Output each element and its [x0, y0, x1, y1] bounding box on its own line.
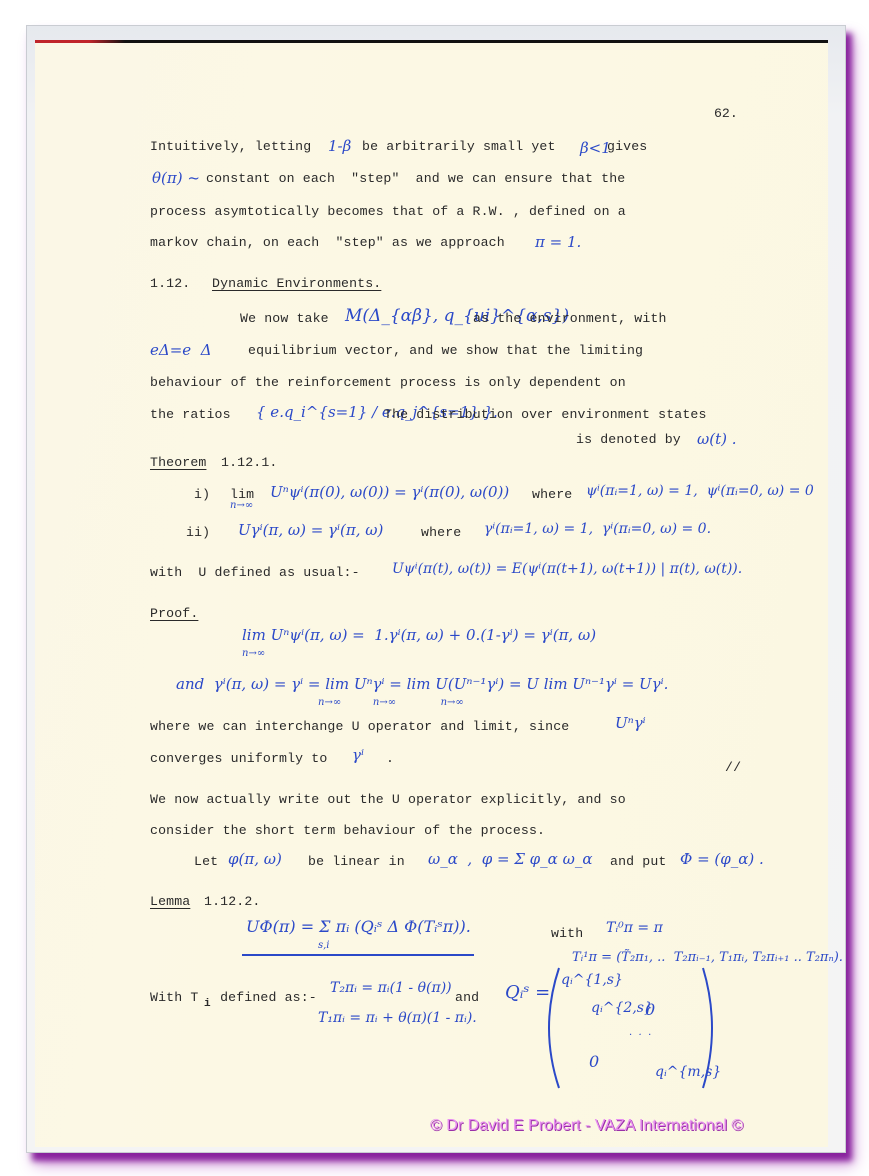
- proof-equation-2-subs: n→∞ n→∞ n→∞: [318, 697, 464, 708]
- proof-equation-1-sub: n→∞: [242, 648, 265, 659]
- theorem-i-condition: ψⁱ(πᵢ=1, ω) = 1, ψⁱ(πᵢ=0, ω) = 0: [586, 483, 814, 499]
- matrix-q11: qᵢ^{1,s}: [561, 972, 623, 988]
- lemma-q-label: Qᵢˢ =: [505, 982, 550, 1003]
- matrix-dots: · · ·: [629, 1030, 651, 1041]
- matrix-zero-lower: 0: [589, 1052, 599, 1071]
- lemma-main-equation: UΦ(π) = Σ πᵢ (Qᵢˢ Δ Φ(Tᵢˢπ)).: [246, 917, 471, 936]
- para2-line1-a: We now take: [240, 311, 329, 326]
- proof-equation-1: lim Uⁿψⁱ(π, ω) = 1.γⁱ(π, ω) + 0.(1-γⁱ) =…: [242, 626, 596, 644]
- math-omega-t: ω(t) .: [697, 430, 737, 448]
- lemma-ti-text2: defined as:-: [212, 990, 317, 1005]
- matrix-q22: qᵢ^{2,s}: [591, 1000, 653, 1016]
- para2-line2: equilibrium vector, and we show that the…: [248, 343, 643, 358]
- math-one-minus-beta: 1-β: [328, 137, 351, 155]
- para3-line3-c: and put: [610, 854, 666, 869]
- math-big-phi: Φ = (φ_α) .: [680, 850, 764, 868]
- proof-equation-2: and γⁱ(π, ω) = γⁱ = lim Uⁿγⁱ = lim U(Uⁿ⁻…: [176, 675, 668, 693]
- lemma-underline: [242, 954, 474, 956]
- theorem-lim-sub: n→∞: [230, 500, 253, 511]
- para3-line3-b: be linear in: [308, 854, 405, 869]
- para1-line3: process asymtotically becomes that of a …: [150, 204, 626, 219]
- matrix-zero-upper: 0: [645, 1000, 655, 1019]
- theorem-number: 1.12.1.: [221, 455, 277, 470]
- para3-line3-a: Let: [194, 854, 218, 869]
- para2-line3: behaviour of the reinforcement process i…: [150, 375, 626, 390]
- para1-line2: constant on each "step" and we can ensur…: [206, 171, 625, 186]
- math-phi-sum: ω_α , φ = Σ φ_α ω_α: [428, 850, 592, 868]
- lemma-number: 1.12.2.: [204, 894, 260, 909]
- para2-line5: is denoted by: [576, 432, 681, 447]
- page-number: 62.: [714, 106, 738, 121]
- lemma-sum-sub: s,i: [318, 940, 330, 951]
- matrix-qmm: qᵢ^{m,s}: [655, 1064, 721, 1080]
- para1-line1-b: be arbitrarily small yet: [362, 139, 556, 154]
- lemma-and: and: [455, 990, 479, 1005]
- para2-line4-b: The distribution over environment states: [384, 407, 707, 422]
- page-corner-mark: [35, 40, 125, 43]
- para2-line1-b: as the environment, with: [473, 311, 667, 326]
- theorem-u-definition: Uψⁱ(π(t), ω(t)) = E(ψⁱ(π(t+1), ω(t+1)) |…: [392, 561, 742, 577]
- para2-line4-a: the ratios: [150, 407, 231, 422]
- para3-line1: We now actually write out the U operator…: [150, 792, 626, 807]
- lemma-ti-sub: i: [204, 998, 211, 1010]
- proof-line4-end: .: [386, 751, 394, 766]
- section-title: Dynamic Environments.: [212, 276, 381, 291]
- para1-line4: markov chain, on each "step" as we appro…: [150, 235, 505, 250]
- para1-line1-a: Intuitively, letting: [150, 139, 311, 154]
- para1-line1-c: gives: [607, 139, 647, 154]
- q-matrix: qᵢ^{1,s} qᵢ^{2,s} 0 · · · 0 qᵢ^{m,s}: [545, 960, 720, 1095]
- math-phi-pi-omega: φ(π, ω): [228, 850, 282, 868]
- section-number: 1.12.: [150, 276, 190, 291]
- math-equilibrium: eΔ=e Δ: [150, 341, 212, 359]
- theorem-part-i-label: i): [194, 487, 210, 502]
- lemma-ti-text: With T: [150, 990, 198, 1005]
- theorem-ii-where: where: [421, 525, 461, 540]
- lemma-t0-def: Tᵢ⁰π = π: [606, 920, 663, 936]
- theorem-with-text: with U defined as usual:-: [150, 565, 360, 580]
- math-theta-pi: θ(π) ~: [152, 169, 200, 187]
- math-pi-equals-one: π = 1.: [535, 233, 581, 251]
- lemma-label: Lemma: [150, 894, 190, 909]
- math-un-gamma: Uⁿγⁱ: [615, 714, 646, 732]
- proof-line4: converges uniformly to: [150, 751, 327, 766]
- theorem-ii-equation: Uγⁱ(π, ω) = γⁱ(π, ω): [238, 521, 383, 539]
- theorem-part-ii-label: ii): [186, 525, 210, 540]
- proof-label: Proof.: [150, 606, 198, 621]
- lemma-t1-definition: T₁πᵢ = πᵢ + θ(π)(1 - πᵢ).: [318, 1010, 477, 1026]
- theorem-i-equation: Uⁿψⁱ(π(0), ω(0)) = γⁱ(π(0), ω(0)): [270, 483, 509, 501]
- theorem-ii-condition: γⁱ(πᵢ=1, ω) = 1, γⁱ(πᵢ=0, ω) = 0.: [484, 521, 711, 537]
- proof-line3: where we can interchange U operator and …: [150, 719, 569, 734]
- math-gamma-i: γⁱ: [352, 746, 364, 764]
- theorem-label: Theorem: [150, 455, 206, 470]
- qed-mark: //: [725, 760, 741, 775]
- lemma-with-label: with: [551, 926, 583, 941]
- lemma-t2-definition: T₂πᵢ = πᵢ(1 - θ(π)): [330, 980, 452, 996]
- para3-line2: consider the short term behaviour of the…: [150, 823, 545, 838]
- theorem-i-where: where: [532, 487, 572, 502]
- copyright-watermark: © Dr David E Probert - VAZA Internationa…: [430, 1117, 743, 1135]
